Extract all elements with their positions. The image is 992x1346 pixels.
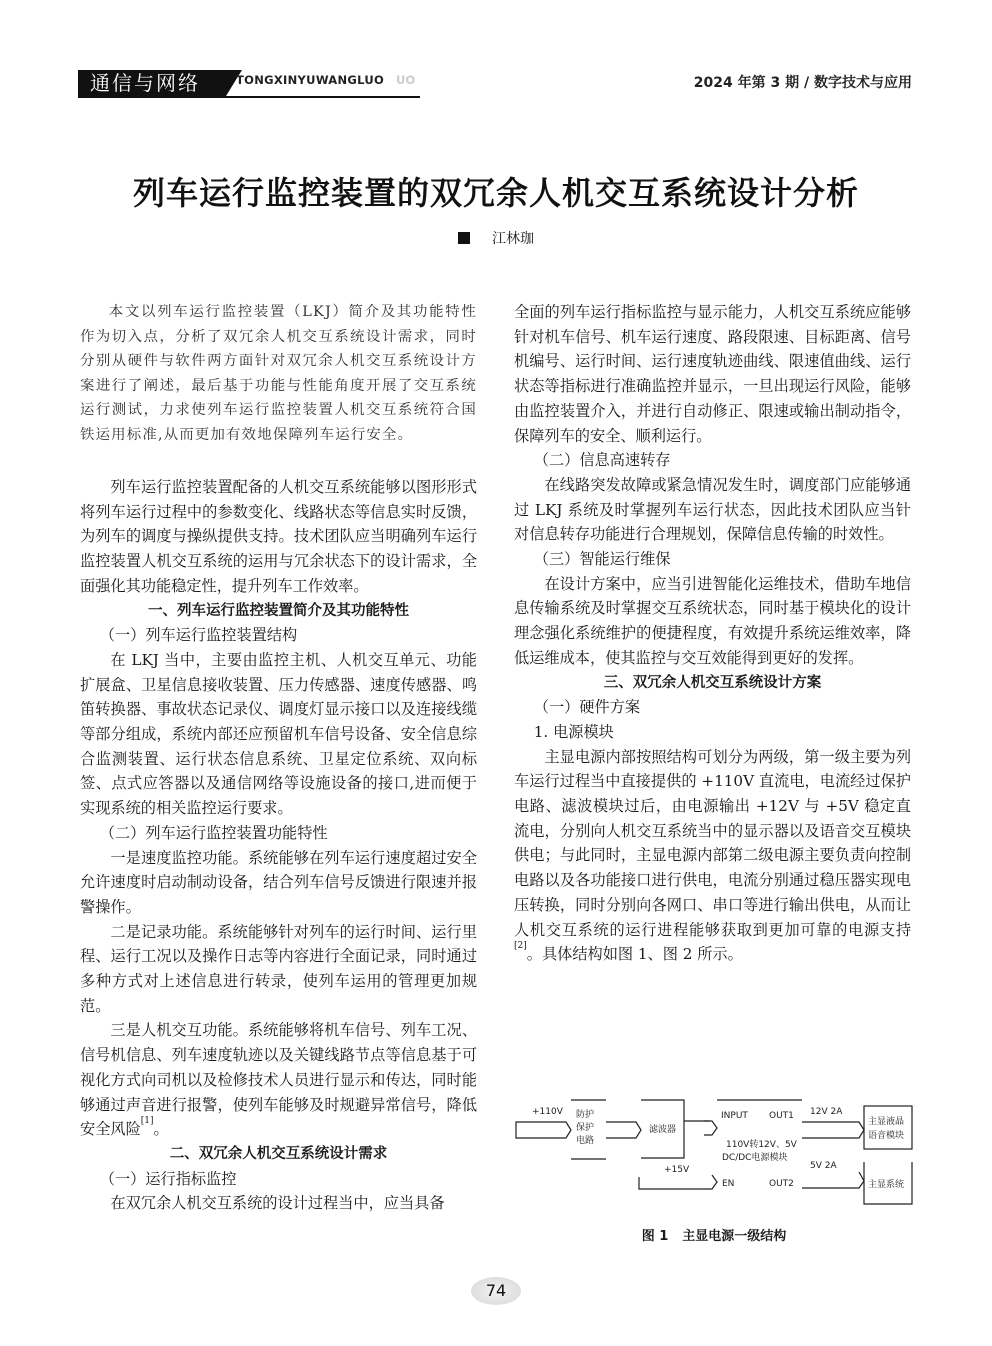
figure-1-caption: 图 1主显电源一级结构 <box>514 1225 914 1244</box>
section-2-2-text: 在线路突发故障或紧急情况发生时，调度部门应能够通过 LKJ 系统及时掌握列车运行… <box>514 473 911 547</box>
function-speed-paragraph: 一是速度监控功能。系统能够在列车运行速度超过安全允许速度时启动制动设备，结合列车… <box>80 846 477 920</box>
author-name: 江林珈 <box>492 231 534 247</box>
svg-text:语音模块: 语音模块 <box>868 1129 904 1141</box>
figure-number: 图 1 <box>642 1229 669 1244</box>
running-header: 通信与网络 TONGXINYUWANGLUO UO 2024 年第 3 期 / … <box>78 70 912 100</box>
author-line: 江林珈 <box>0 228 992 248</box>
header-rule <box>78 96 420 98</box>
column-pinyin: TONGXINYUWANGLUO <box>236 73 384 87</box>
section-2-1-text-cont: 全面的列车运行指标监控与显示能力，人机交互系统应能够针对机车信号、机车运行速度、… <box>514 300 911 448</box>
svg-text:110V转12V、5V: 110V转12V、5V <box>726 1138 798 1150</box>
svg-text:保护: 保护 <box>576 1121 594 1133</box>
svg-text:OUT1: OUT1 <box>769 1111 794 1121</box>
power-module-text: 主显电源内部按照结构可划分为两级，第一级主要为列车运行过程当中直接提供的 +11… <box>514 745 911 967</box>
author-square-marker <box>458 232 470 244</box>
svg-text:防护: 防护 <box>576 1108 594 1120</box>
section-1-1-heading: （一）列车运行监控装置结构 <box>80 623 477 648</box>
svg-text:OUT2: OUT2 <box>769 1179 794 1189</box>
abstract: 本文以列车运行监控装置（LKJ）简介及其功能特性作为切入点，分析了双冗余人机交互… <box>80 300 477 447</box>
section-1-heading: 一、列车运行监控装置简介及其功能特性 <box>80 599 477 624</box>
section-2-2-heading: （二）信息高速转存 <box>514 448 911 473</box>
period: 。 <box>154 1120 169 1138</box>
section-2-1-text-start: 在双冗余人机交互系统的设计过程当中，应当具备 <box>80 1191 477 1216</box>
svg-text:滤波器: 滤波器 <box>649 1123 676 1135</box>
svg-text:5V 2A: 5V 2A <box>810 1161 837 1171</box>
power-module-body: 主显电源内部按照结构可划分为两级，第一级主要为列车运行过程当中直接提供的 +11… <box>514 748 911 939</box>
section-2-3-text: 在设计方案中，应当引进智能化运维技术，借助车地信息传输系统及时掌握交互系统状态，… <box>514 572 911 671</box>
svg-text:EN: EN <box>722 1179 734 1189</box>
section-2-3-heading: （三）智能运行维保 <box>514 547 911 572</box>
page-number: 74 <box>471 1277 521 1305</box>
function-hmi-text: 三是人机交互功能。系统能够将机车信号、列车工况、信号机信息、列车速度轨迹以及关键… <box>80 1021 477 1138</box>
citation-1[interactable]: [1] <box>141 1116 154 1126</box>
figure-title: 主显电源一级结构 <box>682 1229 786 1244</box>
fig-input-label: +110V <box>532 1107 564 1117</box>
right-column: 全面的列车运行指标监控与显示能力，人机交互系统应能够针对机车信号、机车运行速度、… <box>514 300 911 967</box>
svg-text:+15V: +15V <box>664 1165 690 1175</box>
intro-paragraph: 列车运行监控装置配备的人机交互系统能够以图形形式将列车运行过程中的参数变化、线路… <box>80 475 477 599</box>
figure-1-diagram: +110V 防护 保护 电路 滤波器 +15V INPUT OUT1 110V转… <box>514 1092 914 1207</box>
svg-text:主显系统: 主显系统 <box>868 1178 904 1190</box>
article-title: 列车运行监控装置的双冗余人机交互系统设计分析 <box>0 168 992 214</box>
section-2-1-heading: （一）运行指标监控 <box>80 1167 477 1192</box>
svg-text:DC/DC电源模块: DC/DC电源模块 <box>722 1151 787 1163</box>
citation-2[interactable]: [2] <box>514 941 527 951</box>
svg-text:12V 2A: 12V 2A <box>810 1107 843 1117</box>
left-column: 本文以列车运行监控装置（LKJ）简介及其功能特性作为切入点，分析了双冗余人机交互… <box>80 300 477 1216</box>
svg-text:INPUT: INPUT <box>721 1111 748 1121</box>
section-3-heading: 三、双冗余人机交互系统设计方案 <box>514 671 911 696</box>
power-module-end: 。具体结构如图 1、图 2 所示。 <box>527 945 743 963</box>
section-3-1-heading: （一）硬件方案 <box>514 695 911 720</box>
power-module-heading: 1. 电源模块 <box>514 720 911 745</box>
svg-text:主显液晶: 主显液晶 <box>868 1115 904 1127</box>
section-2-heading: 二、双冗余人机交互系统设计需求 <box>80 1142 477 1167</box>
column-pinyin-ghost: UO <box>396 73 415 87</box>
section-1-2-heading: （二）列车运行监控装置功能特性 <box>80 821 477 846</box>
input-arrow <box>516 1122 571 1138</box>
section-1-1-text: 在 LKJ 当中，主要由监控主机、人机交互单元、功能扩展盒、卫星信息接收装置、压… <box>80 648 477 821</box>
issue-info: 2024 年第 3 期 / 数字技术与应用 <box>694 72 912 92</box>
function-record-paragraph: 二是记录功能。系统能够针对列车的运行时间、运行里程、运行工况以及操作日志等内容进… <box>80 920 477 1019</box>
function-hmi-paragraph: 三是人机交互功能。系统能够将机车信号、列车工况、信号机信息、列车速度轨迹以及关键… <box>80 1018 477 1142</box>
svg-text:电路: 电路 <box>576 1134 594 1146</box>
column-badge: 通信与网络 <box>78 70 226 96</box>
